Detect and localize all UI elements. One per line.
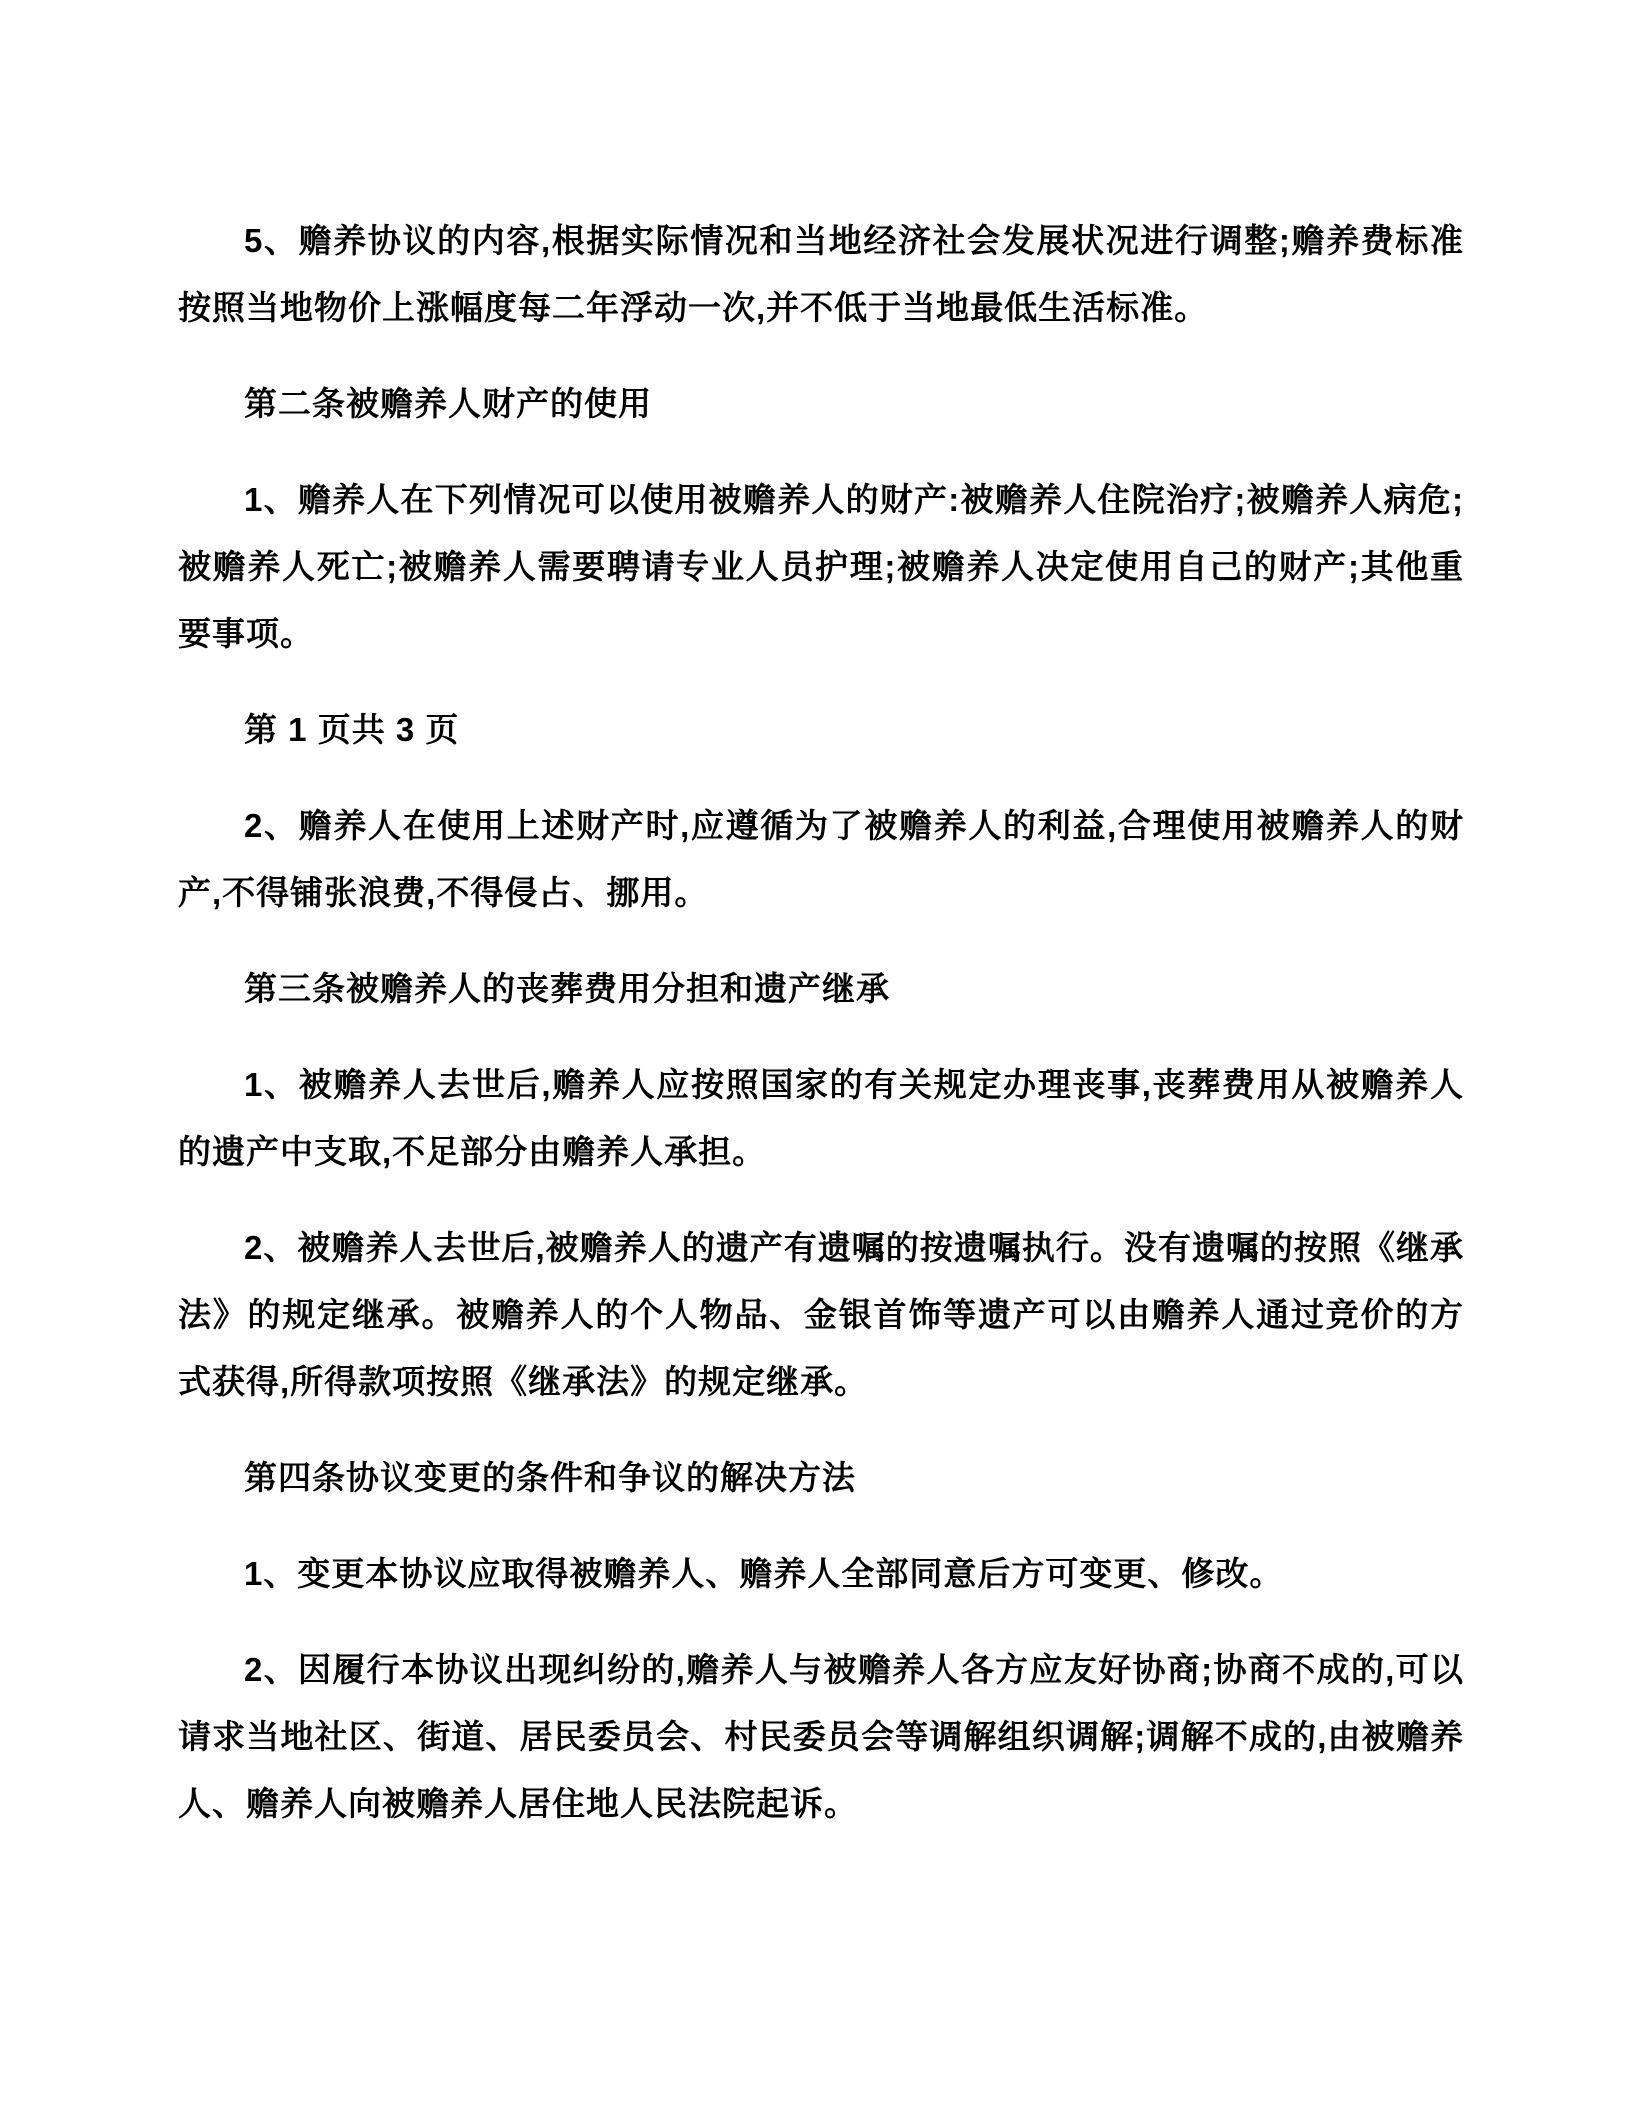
- page-indicator: 第 1 页共 3 页: [178, 696, 1464, 763]
- paragraph-article-2-item-1: 1、赡养人在下列情况可以使用被赡养人的财产:被赡养人住院治疗;被赡养人病危;被赡…: [178, 466, 1464, 667]
- paragraph-article-3-item-2: 2、被赡养人去世后,被赡养人的遗产有遗嘱的按遗嘱执行。没有遗嘱的按照《继承法》的…: [178, 1214, 1464, 1415]
- heading-article-4: 第四条协议变更的条件和争议的解决方法: [178, 1444, 1464, 1511]
- heading-article-3: 第三条被赡养人的丧葬费用分担和遗产继承: [178, 955, 1464, 1022]
- paragraph-article-4-item-2: 2、因履行本协议出现纠纷的,赡养人与被赡养人各方应友好协商;协商不成的,可以请求…: [178, 1636, 1464, 1837]
- paragraph-article-2-item-2: 2、赡养人在使用上述财产时,应遵循为了被赡养人的利益,合理使用被赡养人的财产,不…: [178, 792, 1464, 926]
- paragraph-article-3-item-1: 1、被赡养人去世后,赡养人应按照国家的有关规定办理丧事,丧葬费用从被赡养人的遗产…: [178, 1051, 1464, 1185]
- paragraph-article-4-item-1: 1、变更本协议应取得被赡养人、赡养人全部同意后方可变更、修改。: [178, 1540, 1464, 1607]
- heading-article-2: 第二条被赡养人财产的使用: [178, 370, 1464, 437]
- document-content: 5、赡养协议的内容,根据实际情况和当地经济社会发展状况进行调整;赡养费标准按照当…: [178, 207, 1464, 1866]
- document-page: 5、赡养协议的内容,根据实际情况和当地经济社会发展状况进行调整;赡养费标准按照当…: [0, 0, 1632, 2112]
- paragraph-clause-5: 5、赡养协议的内容,根据实际情况和当地经济社会发展状况进行调整;赡养费标准按照当…: [178, 207, 1464, 341]
